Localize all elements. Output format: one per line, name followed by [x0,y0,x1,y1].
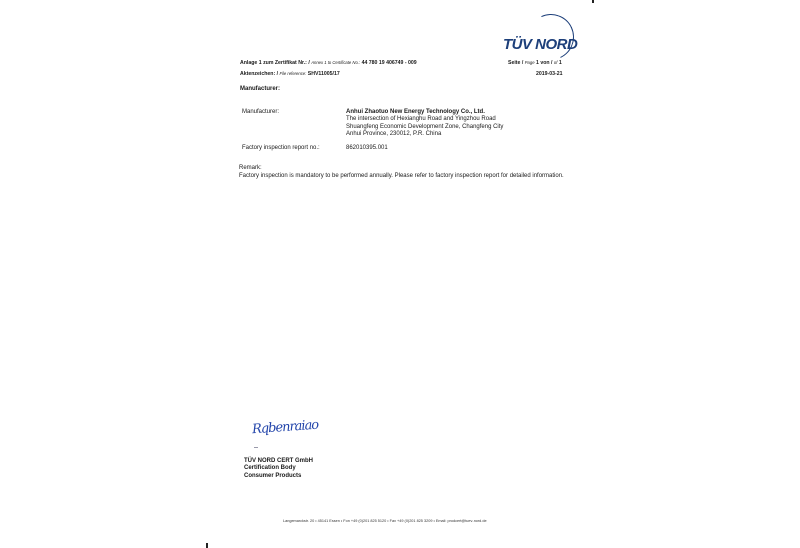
page-total: 1 [559,60,562,66]
signature-mark [254,447,258,448]
page-current: 1 [536,60,539,66]
manufacturer-name: Anhui Zhaotuo New Energy Technology Co.,… [346,109,503,116]
issuer-line-1: TÜV NORD CERT GmbH [244,458,313,465]
file-ref-label-en: File reference: [280,71,307,76]
file-ref-label: Aktenzeichen: / [240,71,278,77]
page-indicator: Seite / Page 1 von / of 1 [508,60,562,66]
file-ref-line: Aktenzeichen: / File reference: SHV11005… [240,71,340,77]
page-label-en: Page [525,60,535,65]
address-line-2: Shuangfeng Economic Development Zone, Ch… [346,124,503,131]
report-no: 862010395.001 [346,145,388,151]
section-title: Manufacturer: [240,86,280,92]
annex-label: Anlage 1 zum Zertifikat Nr.: / [240,60,310,66]
tuv-nord-logo: TÜV NORD [503,36,577,53]
issuer-block: TÜV NORD CERT GmbH Certification Body Co… [244,458,313,480]
document-date: 2019-03-21 [536,71,563,77]
footer-contact: Langemarckstr. 20 • 45141 Essen • Fon +4… [283,519,487,523]
manufacturer-block: Anhui Zhaotuo New Energy Technology Co.,… [346,109,503,139]
report-label: Factory inspection report no.: [242,145,320,151]
issuer-line-2: Certification Body [244,465,313,472]
page-of-label: von / [540,60,552,66]
remark-text: Factory inspection is mandatory to be pe… [239,173,569,180]
annex-label-en: Annex 1 to Certificate No.: [311,60,360,65]
page-label: Seite / [508,60,523,66]
issuer-line-3: Consumer Products [244,473,313,480]
manufacturer-label: Manufacturer: [242,109,279,115]
address-line-3: Anhui Province, 230012, P.R. China [346,131,503,138]
certificate-no: 44 780 19 406749 - 009 [362,60,417,66]
remark-title: Remark: [239,165,262,171]
address-line-1: The intersection of Hexianghu Road and Y… [346,116,503,123]
page-of-label-en: of [554,60,558,65]
file-ref: SHV11005/17 [308,71,340,77]
scan-mark [592,0,594,3]
annex-line: Anlage 1 zum Zertifikat Nr.: / Annex 1 t… [240,60,417,66]
signature: Rqbenraiao [252,418,319,438]
scan-mark [206,543,208,548]
